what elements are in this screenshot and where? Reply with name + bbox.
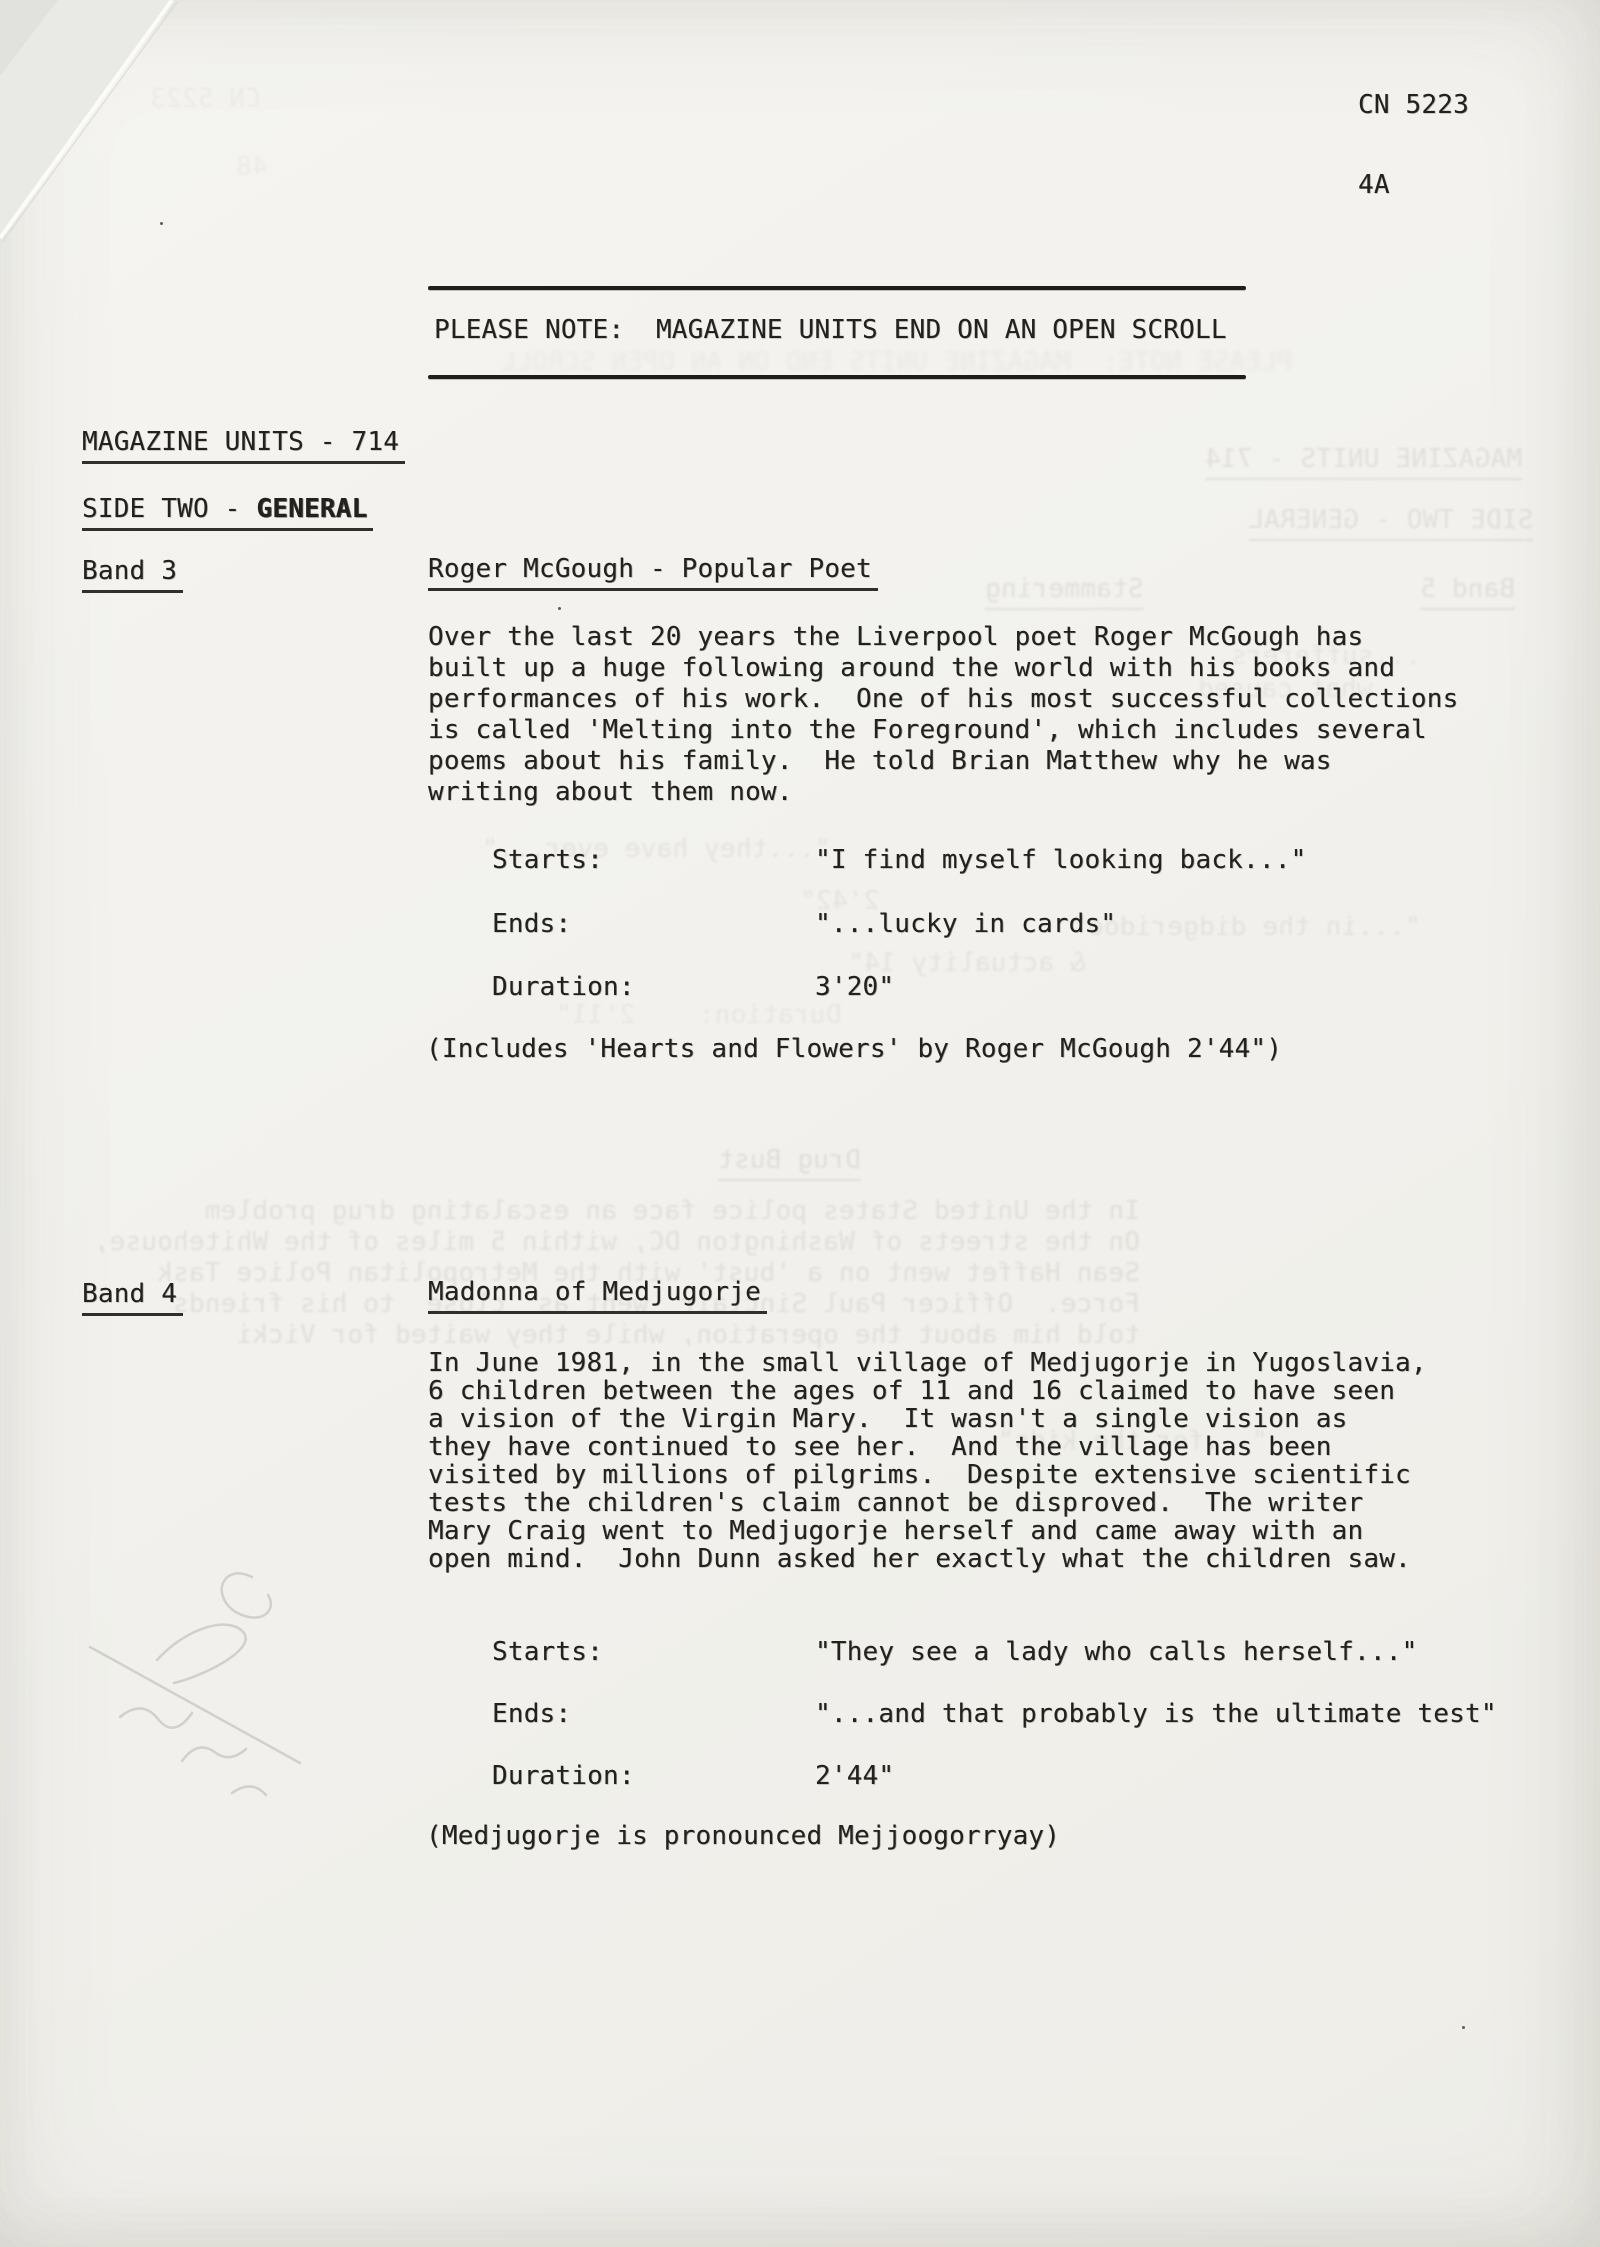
band3-duration-value: 3'20"	[815, 972, 894, 1003]
band4-duration-label: Duration:	[492, 1761, 635, 1792]
document-ref: CN 5223	[1358, 90, 1469, 121]
band3-duration-label: Duration:	[492, 972, 635, 1003]
bleed-duration211-ghost: Duration: 2'11"	[556, 1000, 841, 1031]
band4-ends-value: "...and that probably is the ultimate te…	[815, 1699, 1497, 1730]
bleed-drug-paragraph-ghost: In the United States police face an esca…	[70, 1196, 1140, 1351]
band3-footnote: (Includes 'Hearts and Flowers' by Roger …	[426, 1034, 1282, 1065]
side-title: SIDE TWO - GENERAL	[82, 494, 373, 531]
side-title-emphasis: GENERAL	[256, 494, 367, 524]
band3-description: Over the last 20 years the Liverpool poe…	[428, 622, 1548, 808]
band3-title: Roger McGough - Popular Poet	[428, 554, 878, 591]
bleed-band5-ghost: Band 5	[1420, 574, 1515, 610]
band4-starts-label: Starts:	[492, 1637, 603, 1668]
band4-description: In June 1981, in the small village of Me…	[428, 1349, 1548, 1573]
notice-rule-top	[428, 286, 1246, 290]
folded-corner	[0, 0, 260, 300]
side-title-prefix: SIDE TWO -	[82, 494, 256, 524]
pencil-scribble	[62, 1555, 362, 1835]
band4-ends-label: Ends:	[492, 1699, 571, 1730]
notice-text: PLEASE NOTE: MAGAZINE UNITS END ON AN OP…	[434, 315, 1227, 346]
band3-ends-value: "...lucky in cards"	[815, 909, 1116, 940]
scanned-document-page: CN 5223 48 PLEASE NOTE: MAGAZINE UNITS E…	[0, 0, 1600, 2247]
band4-starts-value: "They see a lady who calls herself..."	[815, 1637, 1417, 1668]
bleed-series-ghost: MAGAZINE UNITS - 714	[1205, 444, 1522, 480]
band4-footnote: (Medjugorje is pronounced Mejjoogorryay)	[426, 1821, 1060, 1852]
band3-starts-value: "I find myself looking back..."	[815, 845, 1306, 876]
band4-duration-value: 2'44"	[815, 1761, 894, 1792]
scan-speck	[1462, 2026, 1465, 2029]
bleed-drug-bust-ghost: Drug Bust	[718, 1145, 861, 1181]
notice-rule-bottom	[428, 375, 1246, 379]
band3-label: Band 3	[82, 556, 183, 593]
bleed-num-ghost: 48	[236, 152, 268, 183]
band3-ends-label: Ends:	[492, 909, 571, 940]
band4-label: Band 4	[82, 1279, 183, 1316]
series-title: MAGAZINE UNITS - 714	[82, 427, 405, 464]
scan-speck	[558, 607, 561, 610]
bleed-ref-ghost: CN 5223	[150, 84, 261, 115]
bleed-didgeridoo-ghost: "...in the didgeridoo"	[1072, 912, 1421, 943]
band3-starts-label: Starts:	[492, 845, 603, 876]
bleed-side-ghost: SIDE TWO - GENERAL	[1248, 505, 1533, 541]
page-number: 4A	[1358, 170, 1390, 201]
band4-title: Madonna of Medjugorje	[428, 1277, 767, 1314]
bleed-notice-ghost: PLEASE NOTE: MAGAZINE UNITS END ON AN OP…	[500, 347, 1293, 378]
scan-speck	[160, 222, 163, 225]
bleed-stammering-ghost: Stammering	[985, 574, 1144, 610]
